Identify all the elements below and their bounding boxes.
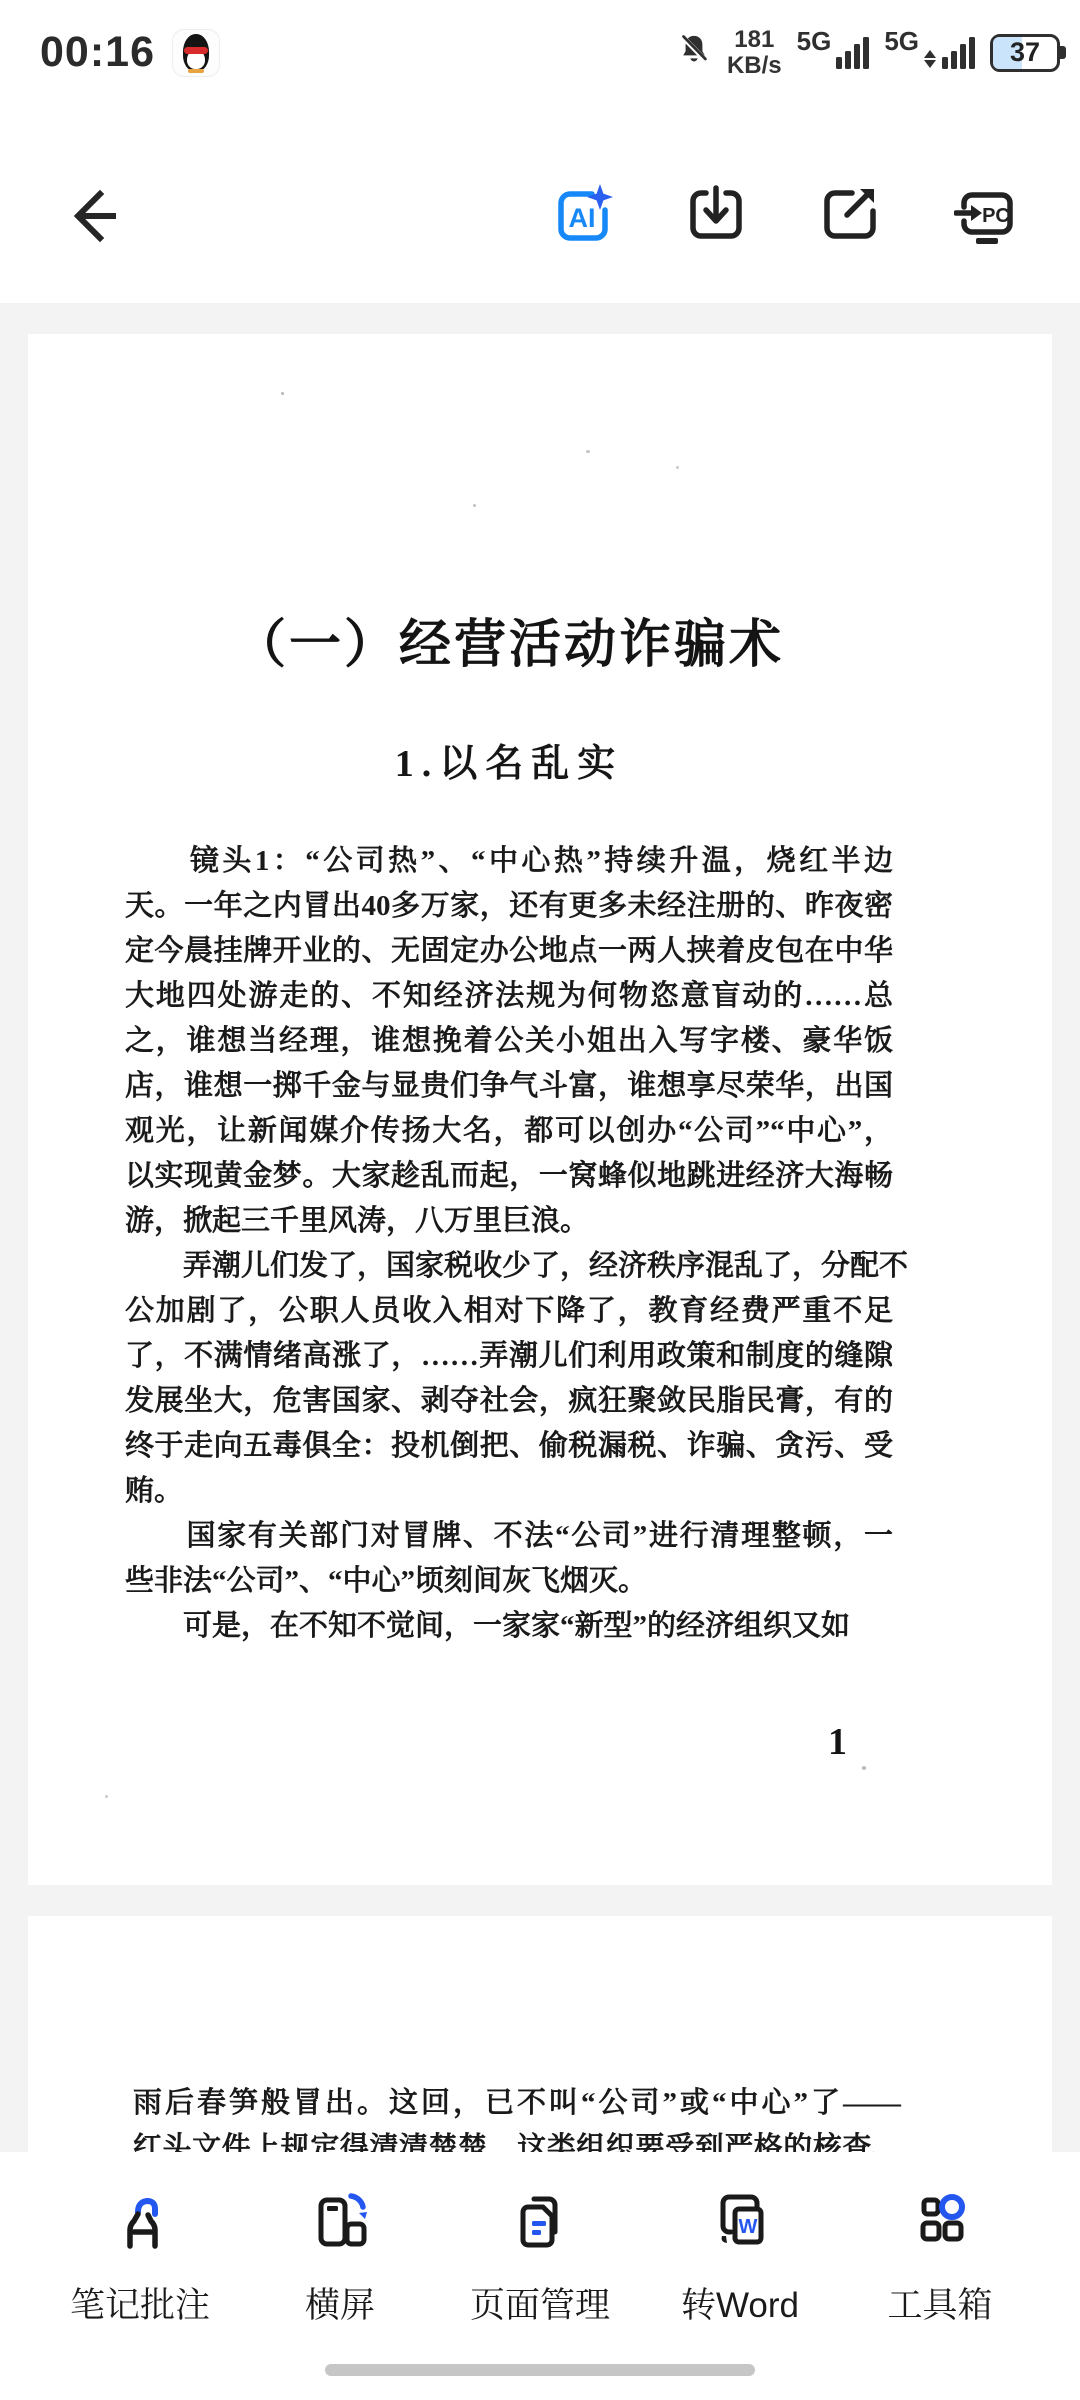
signal-sim1: 5G: [797, 37, 870, 69]
network-type-sim1: 5G: [797, 26, 832, 57]
network-speed: 181 KB/s: [727, 27, 782, 79]
marker-pen-icon: [107, 2188, 173, 2254]
clock: 00:16: [40, 28, 155, 77]
signal-bars-sim2-icon: [942, 37, 975, 69]
toolbox-button[interactable]: 工具箱: [840, 2152, 1040, 2400]
landscape-mode-button[interactable]: 横屏: [240, 2152, 440, 2400]
send-to-pc-button[interactable]: PC: [954, 182, 1016, 248]
download-button[interactable]: [686, 182, 748, 248]
top-toolbar: AI PC: [0, 178, 1080, 254]
rotate-screen-icon: [307, 2188, 373, 2254]
text-line: 雨后春笋般冒出。这回，已不叫“公司”或“中心”了——: [133, 2081, 901, 2126]
tool-label: 笔记批注: [70, 2278, 210, 2328]
tool-label: 转Word: [681, 2278, 799, 2328]
notes-annotate-button[interactable]: 笔记批注: [40, 2152, 240, 2400]
text-line: 国家有关部门对冒牌、不法“公司”进行清理整顿，一: [125, 1514, 893, 1559]
battery-icon: 37: [990, 34, 1060, 72]
data-activity-icon: [924, 50, 936, 68]
ai-assistant-button[interactable]: AI: [552, 182, 614, 248]
text-line: 了，不满情绪高涨了，……弄潮儿们利用政策和制度的缝隙: [125, 1334, 893, 1379]
network-speed-unit: KB/s: [727, 53, 782, 79]
battery-percent: 37: [1010, 37, 1040, 68]
text-line: 游，掀起三千里风涛，八万里巨浪。: [125, 1199, 893, 1244]
share-edit-button[interactable]: [820, 182, 882, 248]
page-number: 1: [828, 1720, 847, 1764]
pages-icon: [507, 2188, 573, 2254]
text-line: 发展坐大，危害国家、剥夺社会，疯狂聚敛民脂民膏，有的: [125, 1379, 893, 1424]
tool-label: 工具箱: [887, 2278, 992, 2328]
pc-label: PC: [982, 205, 1010, 227]
tool-label: 页面管理: [470, 2278, 610, 2328]
back-button[interactable]: [60, 184, 124, 248]
signal-sim2: 5G: [884, 37, 975, 69]
qq-notification-icon: [173, 30, 219, 76]
text-line: 之，谁想当经理，谁想挽着公关小姐出入写字楼、豪华饭: [125, 1019, 893, 1064]
convert-to-word-button[interactable]: W 转Word: [640, 2152, 840, 2400]
text-line: 大地四处游走的、不知经济法规为何物恣意盲动的……总: [125, 974, 893, 1019]
text-line: 天。一年之内冒出40多万家，还有更多未经注册的、昨夜密: [125, 884, 893, 929]
section-title: 1.以名乱实: [125, 732, 893, 787]
signal-bars-sim1-icon: [836, 37, 869, 69]
page1-body-text: 镜头1：“公司热”、“中心热”持续升温，烧红半边天。一年之内冒出40多万家，还有…: [125, 839, 893, 1649]
text-line: 定今晨挂牌开业的、无固定办公地点一两人挟着皮包在中华: [125, 929, 893, 974]
text-line: 观光，让新闻媒介传扬大名，都可以创办“公司”“中心”，: [125, 1109, 893, 1154]
grid-toolbox-icon: [907, 2188, 973, 2254]
text-line: 红头文件上规定得清清楚楚，这类组织要受到严格的核查、: [133, 2126, 901, 2152]
network-speed-value: 181: [734, 27, 774, 53]
page-management-button[interactable]: 页面管理: [440, 2152, 640, 2400]
page2-body-text: 雨后春笋般冒出。这回，已不叫“公司”或“中心”了——红头文件上规定得清清楚楚，这…: [133, 2081, 901, 2152]
notifications-muted-icon: [676, 31, 712, 74]
text-line: 店，谁想一掷千金与显贵们争气斗富，谁想享尽荣华，出国: [125, 1064, 893, 1109]
text-line: 弄潮儿们发了，国家税收少了，经济秩序混乱了，分配不: [125, 1244, 893, 1289]
word-doc-icon: W: [707, 2188, 773, 2254]
text-line: 公加剧了，公职人员收入相对下降了，教育经费严重不足: [125, 1289, 893, 1334]
text-line: 些非法“公司”、“中心”顷刻间灰飞烟灭。: [125, 1559, 893, 1604]
network-type-sim2: 5G: [884, 26, 919, 57]
text-line: 贿。: [125, 1469, 893, 1514]
text-line: 以实现黄金梦。大家趁乱而起，一窝蜂似地跳进经济大海畅: [125, 1154, 893, 1199]
text-line: 镜头1：“公司热”、“中心热”持续升温，烧红半边: [125, 839, 893, 884]
status-bar: 00:16 181 KB/s 5G 5G: [0, 0, 1080, 95]
chapter-title: （一）经营活动诈骗术: [125, 602, 893, 677]
tool-label: 横屏: [305, 2278, 375, 2328]
document-page-2: 雨后春笋般冒出。这回，已不叫“公司”或“中心”了——红头文件上规定得清清楚楚，这…: [28, 1916, 1052, 2152]
document-scroll-view[interactable]: （一）经营活动诈骗术 1.以名乱实 镜头1：“公司热”、“中心热”持续升温，烧红…: [0, 303, 1080, 2152]
document-page-1: （一）经营活动诈骗术 1.以名乱实 镜头1：“公司热”、“中心热”持续升温，烧红…: [28, 334, 1052, 1885]
home-indicator[interactable]: [325, 2364, 755, 2376]
ai-label: AI: [569, 203, 596, 233]
text-line: 终于走向五毒俱全：投机倒把、偷税漏税、诈骗、贪污、受: [125, 1424, 893, 1469]
word-letter: W: [739, 2216, 758, 2238]
bottom-toolbar: 笔记批注 横屏 页面管理: [0, 2152, 1080, 2400]
text-line: 可是，在不知不觉间，一家家“新型”的经济组织又如: [125, 1604, 893, 1649]
